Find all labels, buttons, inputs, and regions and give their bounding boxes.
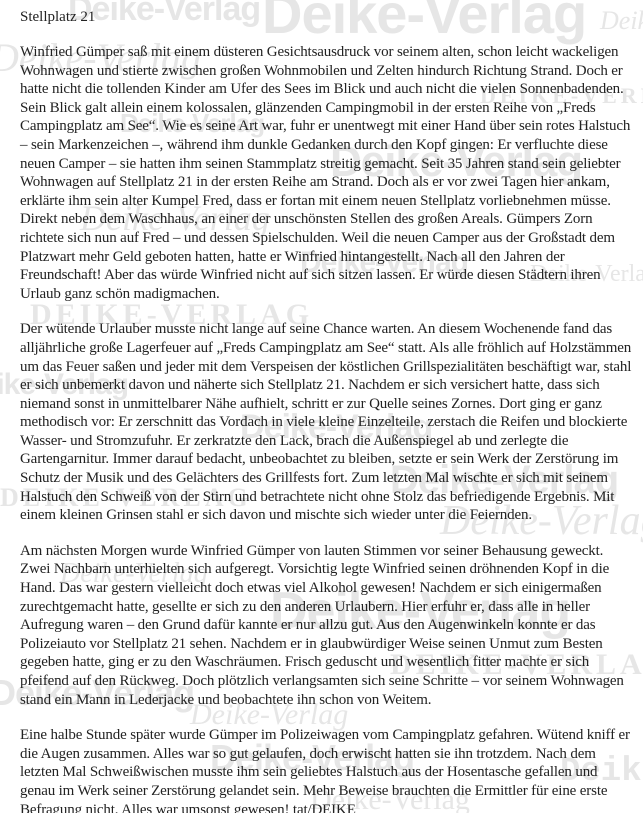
paragraph: Winfried Gümper saß mit einem düsteren G…	[20, 43, 632, 303]
paragraph: Der wütende Urlauber musste nicht lange …	[20, 320, 632, 525]
paragraph: Eine halbe Stunde später wurde Gümper im…	[20, 726, 632, 813]
document: Stellplatz 21 Winfried Gümper saß mit ei…	[0, 0, 632, 813]
paragraph: Am nächsten Morgen wurde Winfried Gümper…	[20, 542, 632, 709]
document-title: Stellplatz 21	[20, 8, 632, 26]
